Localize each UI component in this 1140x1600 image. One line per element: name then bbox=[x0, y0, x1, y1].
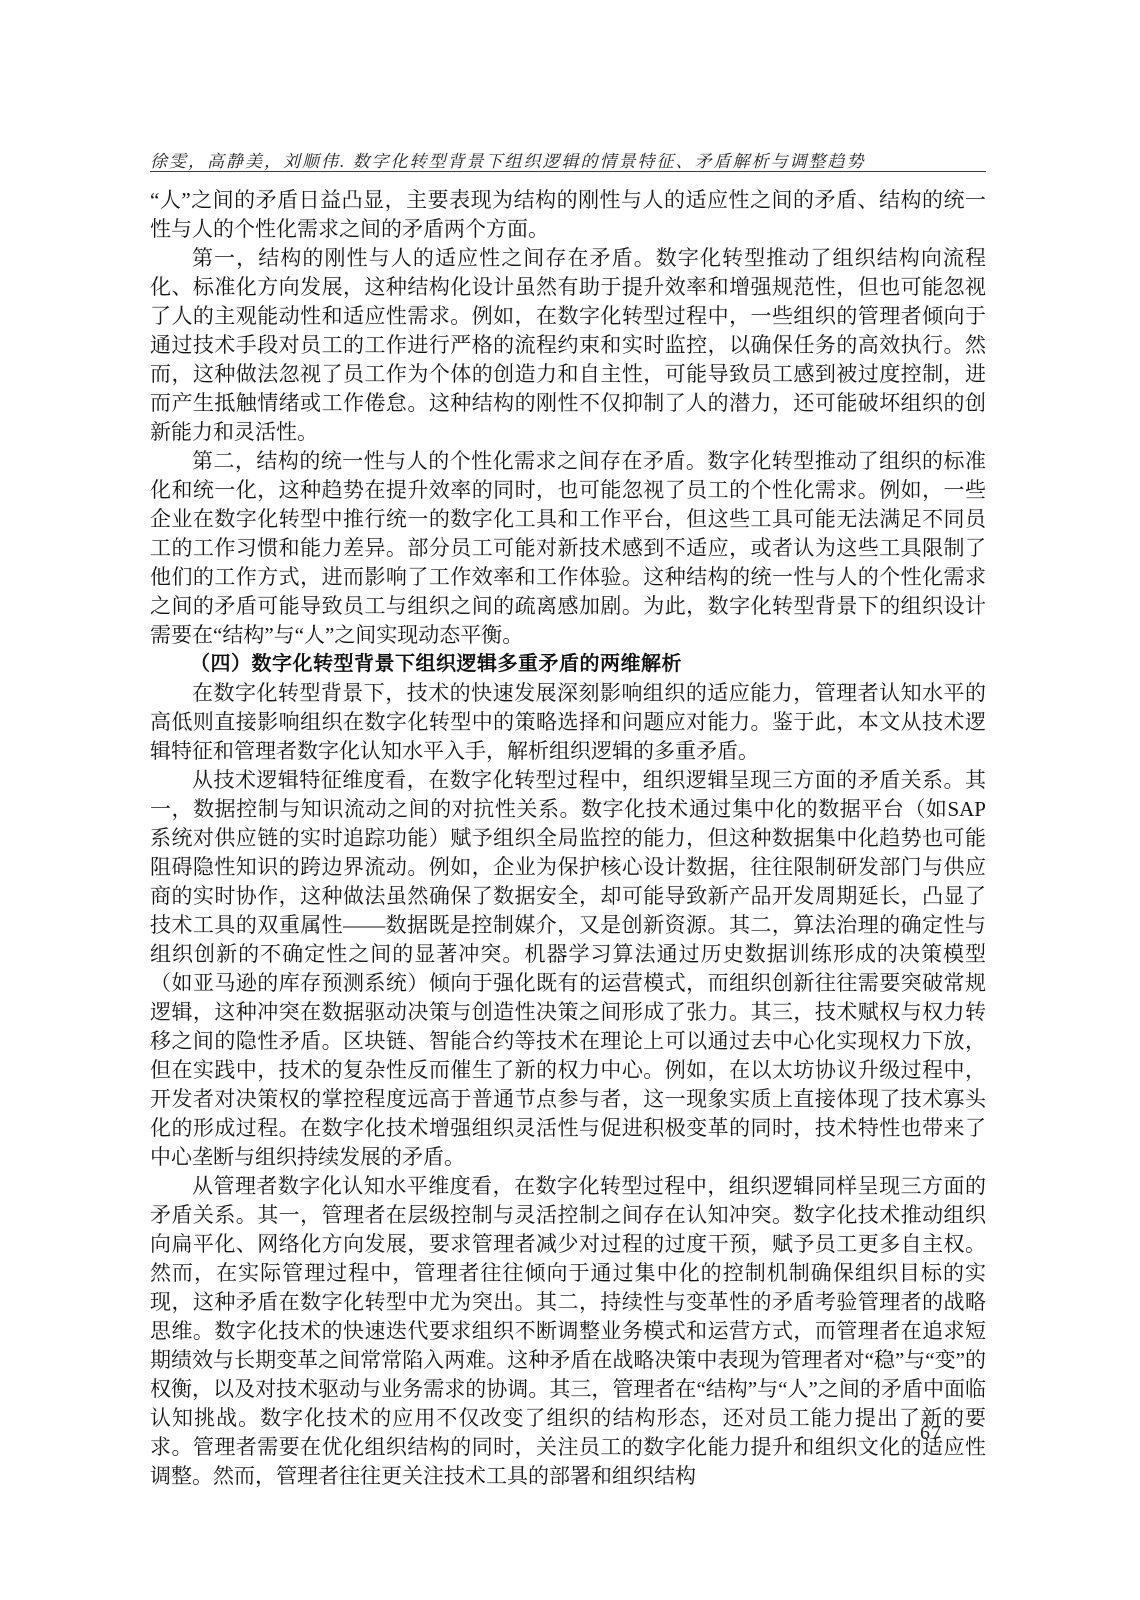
body-paragraph-continuation: “人”之间的矛盾日益凸显，主要表现为结构的刚性与人的适应性之间的矛盾、结构的统一… bbox=[150, 186, 986, 244]
paper-page: 徐雯，高静美，刘顺伟. 数字化转型背景下组织逻辑的情景特征、矛盾解析与调整趋势 … bbox=[0, 0, 1140, 1600]
body-paragraph-manager-cognition-dimension: 从管理者数字化认知水平维度看，在数字化转型过程中，组织逻辑同样呈现三方面的矛盾关… bbox=[150, 1172, 986, 1491]
body-paragraph-first-contradiction: 第一，结构的刚性与人的适应性之间存在矛盾。数字化转型推动了组织结构向流程化、标准… bbox=[150, 244, 986, 447]
running-head: 徐雯，高静美，刘顺伟. 数字化转型背景下组织逻辑的情景特征、矛盾解析与调整趋势 bbox=[150, 147, 986, 172]
page-number: 67 bbox=[920, 1422, 942, 1445]
section-heading-four: （四）数字化转型背景下组织逻辑多重矛盾的两维解析 bbox=[150, 650, 986, 679]
body-paragraph-intro-two-dimensions: 在数字化转型背景下，技术的快速发展深刻影响组织的适应能力，管理者认知水平的高低则… bbox=[150, 679, 986, 766]
body-paragraph-second-contradiction: 第二，结构的统一性与人的个性化需求之间存在矛盾。数字化转型推动了组织的标准化和统… bbox=[150, 447, 986, 650]
body-paragraph-technical-logic-dimension: 从技术逻辑特征维度看，在数字化转型过程中，组织逻辑呈现三方面的矛盾关系。其一，数… bbox=[150, 766, 986, 1172]
header-rule-divider bbox=[150, 171, 986, 172]
article-body: “人”之间的矛盾日益凸显，主要表现为结构的刚性与人的适应性之间的矛盾、结构的统一… bbox=[150, 186, 986, 1491]
